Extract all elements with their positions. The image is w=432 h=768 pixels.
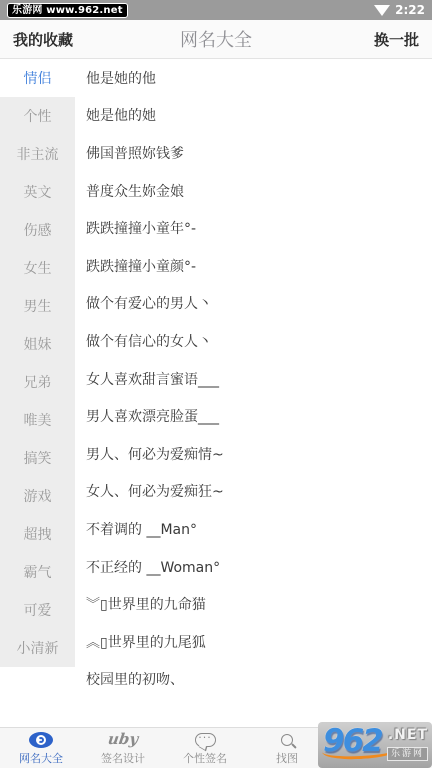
content-area: 情侣个性非主流英文伤感女生男生姐妹兄弟唯美搞笑游戏超拽霸气可爱小清新 他是她的他… [0, 59, 432, 727]
watermark-net: .NET [388, 727, 428, 743]
sidebar-category-item[interactable]: 游戏 [0, 477, 75, 515]
change-batch-button[interactable]: 换一批 [374, 29, 419, 50]
nickname-item[interactable]: 女人喜欢甜言蜜语___ [86, 360, 432, 398]
sidebar-category-item[interactable]: 非主流 [0, 135, 75, 173]
sidebar-category-item[interactable]: 男生 [0, 287, 75, 325]
nickname-item[interactable]: 不正经的 __Woman° [86, 548, 432, 586]
nickname-item[interactable]: 不着调的 __Man° [86, 510, 432, 548]
nickname-item[interactable]: 做个有爱心的男人丶 [86, 285, 432, 323]
wifi-icon [374, 5, 390, 16]
sidebar-category-item[interactable]: 搞笑 [0, 439, 75, 477]
nickname-item[interactable]: 做个有信心的女人丶 [86, 322, 432, 360]
category-sidebar: 情侣个性非主流英文伤感女生男生姐妹兄弟唯美搞笑游戏超拽霸气可爱小清新 [0, 59, 75, 667]
nav-tab-find-images[interactable]: 找图 [246, 728, 328, 768]
nickname-item[interactable]: 他是她的他 [86, 59, 432, 97]
nickname-item[interactable]: 女人、何必为爱痴狂~ [86, 473, 432, 511]
nav-tab-label: 网名大全 [19, 750, 63, 766]
watermark-logo: 962 .NET 乐游网 [318, 722, 432, 768]
sidebar-category-item[interactable]: 女生 [0, 249, 75, 287]
chat-bubble-icon: ··· [195, 733, 216, 747]
nav-tab-label: 个性签名 [183, 750, 227, 766]
nickname-item[interactable]: 佛国普照妳钱爹 [86, 134, 432, 172]
sidebar-category-item[interactable]: 可爱 [0, 591, 75, 629]
status-right: 2:22 [374, 3, 425, 17]
nickname-item[interactable]: 她是他的她 [86, 97, 432, 135]
app-screen: 乐游网 www.962.net 2:22 网名大全 我的收藏 换一批 情侣个性非… [0, 0, 432, 768]
sidebar-category-item[interactable]: 唯美 [0, 401, 75, 439]
nav-tab-personal-signature[interactable]: ···个性签名 [164, 728, 246, 768]
nickname-item[interactable]: 男人喜欢漂亮脸蛋___ [86, 397, 432, 435]
nickname-list: 他是她的他她是他的她佛国普照妳钱爹普度众生妳金娘跌跌撞撞小童年°-跌跌撞撞小童颜… [75, 59, 432, 727]
watermark-site: 乐游网 [387, 747, 428, 761]
nickname-item[interactable]: ︽▯世界里的九尾狐 [86, 623, 432, 661]
sidebar-category-item[interactable]: 小清新 [0, 629, 75, 667]
sidebar-category-item[interactable]: 情侣 [0, 59, 75, 97]
sidebar-category-item[interactable]: 霸气 [0, 553, 75, 591]
nav-tab-label: 找图 [276, 750, 298, 766]
nickname-item[interactable]: 普度众生妳金娘 [86, 172, 432, 210]
favorites-button[interactable]: 我的收藏 [13, 29, 73, 50]
sidebar-category-item[interactable]: 伤感 [0, 211, 75, 249]
nickname-item[interactable]: 跌跌撞撞小童颜°- [86, 247, 432, 285]
nav-tab-nicknames[interactable]: 网名大全 [0, 728, 82, 768]
site-badge: 乐游网 www.962.net [7, 3, 128, 18]
nav-tab-label: 签名设计 [101, 750, 145, 766]
app-header: 网名大全 我的收藏 换一批 [0, 20, 432, 59]
sidebar-category-item[interactable]: 英文 [0, 173, 75, 211]
nickname-item[interactable]: 跌跌撞撞小童年°- [86, 209, 432, 247]
nav-tab-signature-design[interactable]: uby签名设计 [82, 728, 164, 768]
nickname-item[interactable]: ︾▯世界里的九命猫 [86, 585, 432, 623]
nickname-item[interactable]: 男人、何必为爱痴情~ [86, 435, 432, 473]
sidebar-category-item[interactable]: 个性 [0, 97, 75, 135]
eye-icon [29, 732, 53, 748]
sidebar-category-item[interactable]: 姐妹 [0, 325, 75, 363]
sidebar-category-item[interactable]: 兄弟 [0, 363, 75, 401]
search-icon [281, 734, 293, 746]
status-bar: 乐游网 www.962.net 2:22 [0, 0, 432, 20]
clock: 2:22 [395, 3, 425, 17]
nickname-item[interactable]: 校园里的初吻、 [86, 661, 432, 699]
signature-icon: uby [107, 732, 139, 747]
sidebar-category-item[interactable]: 超拽 [0, 515, 75, 553]
